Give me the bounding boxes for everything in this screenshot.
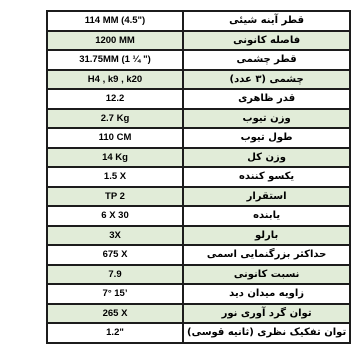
page: 114 MM (4.5") قطر آینه شیئی 1200 MM فاصل…	[0, 0, 360, 360]
spec-table-body: 114 MM (4.5") قطر آینه شیئی 1200 MM فاصل…	[47, 11, 350, 343]
table-row: 1.2" توان تفکیک نظری (ثانیه قوسی)	[47, 323, 350, 343]
spec-value: 6 X 30	[47, 206, 183, 226]
table-row: 6 X 30 یابنده	[47, 206, 350, 226]
spec-value: 1.2"	[47, 323, 183, 343]
table-row: 110 CM طول تیوب	[47, 128, 350, 148]
spec-value: 675 X	[47, 245, 183, 265]
table-row: 114 MM (4.5") قطر آینه شیئی	[47, 11, 350, 31]
table-row: 7.9 نسبت کانونی	[47, 265, 350, 285]
spec-label: بارلو	[183, 226, 350, 246]
spec-label: یکسو کننده	[183, 167, 350, 187]
spec-value: 31.75MM (1 ¼ ")	[47, 50, 183, 70]
spec-label: طول تیوب	[183, 128, 350, 148]
spec-label: توان تفکیک نظری (ثانیه قوسی)	[183, 323, 350, 343]
table-row: H4 , k9 , k20 چشمی (۳ عدد)	[47, 70, 350, 90]
table-row: 265 X توان گرد آوری نور	[47, 304, 350, 324]
table-row: 1200 MM فاصله کانونی	[47, 31, 350, 51]
spec-label: وزن کل	[183, 148, 350, 168]
spec-value: 7.9	[47, 265, 183, 285]
spec-value: 12.2	[47, 89, 183, 109]
spec-label: نسبت کانونی	[183, 265, 350, 285]
spec-label: حداکثر بزرگنمایی اسمی	[183, 245, 350, 265]
spec-label: استقرار	[183, 187, 350, 207]
spec-value: 3X	[47, 226, 183, 246]
spec-label: قطر آینه شیئی	[183, 11, 350, 31]
table-row: TP 2 استقرار	[47, 187, 350, 207]
spec-label: زاویه میدان دید	[183, 284, 350, 304]
spec-value: H4 , k9 , k20	[47, 70, 183, 90]
table-row: 675 X حداکثر بزرگنمایی اسمی	[47, 245, 350, 265]
spec-label: وزن تیوب	[183, 109, 350, 129]
telescope-spec-table: 114 MM (4.5") قطر آینه شیئی 1200 MM فاصل…	[46, 10, 351, 344]
spec-value: 265 X	[47, 304, 183, 324]
spec-label: فاصله کانونی	[183, 31, 350, 51]
spec-value: 14 Kg	[47, 148, 183, 168]
table-row: 31.75MM (1 ¼ ") قطر چشمی	[47, 50, 350, 70]
table-row: 14 Kg وزن کل	[47, 148, 350, 168]
table-row: 7° 15’ زاویه میدان دید	[47, 284, 350, 304]
spec-label: توان گرد آوری نور	[183, 304, 350, 324]
table-row: 1.5 X یکسو کننده	[47, 167, 350, 187]
table-row: 3X بارلو	[47, 226, 350, 246]
spec-value: 110 CM	[47, 128, 183, 148]
spec-value: 114 MM (4.5")	[47, 11, 183, 31]
spec-label: قدر ظاهری	[183, 89, 350, 109]
table-row: 12.2 قدر ظاهری	[47, 89, 350, 109]
spec-label: یابنده	[183, 206, 350, 226]
spec-value: 1.5 X	[47, 167, 183, 187]
spec-label: چشمی (۳ عدد)	[183, 70, 350, 90]
spec-value: 1200 MM	[47, 31, 183, 51]
table-row: 2.7 Kg وزن تیوب	[47, 109, 350, 129]
spec-value: 7° 15’	[47, 284, 183, 304]
spec-label: قطر چشمی	[183, 50, 350, 70]
spec-value: TP 2	[47, 187, 183, 207]
spec-value: 2.7 Kg	[47, 109, 183, 129]
